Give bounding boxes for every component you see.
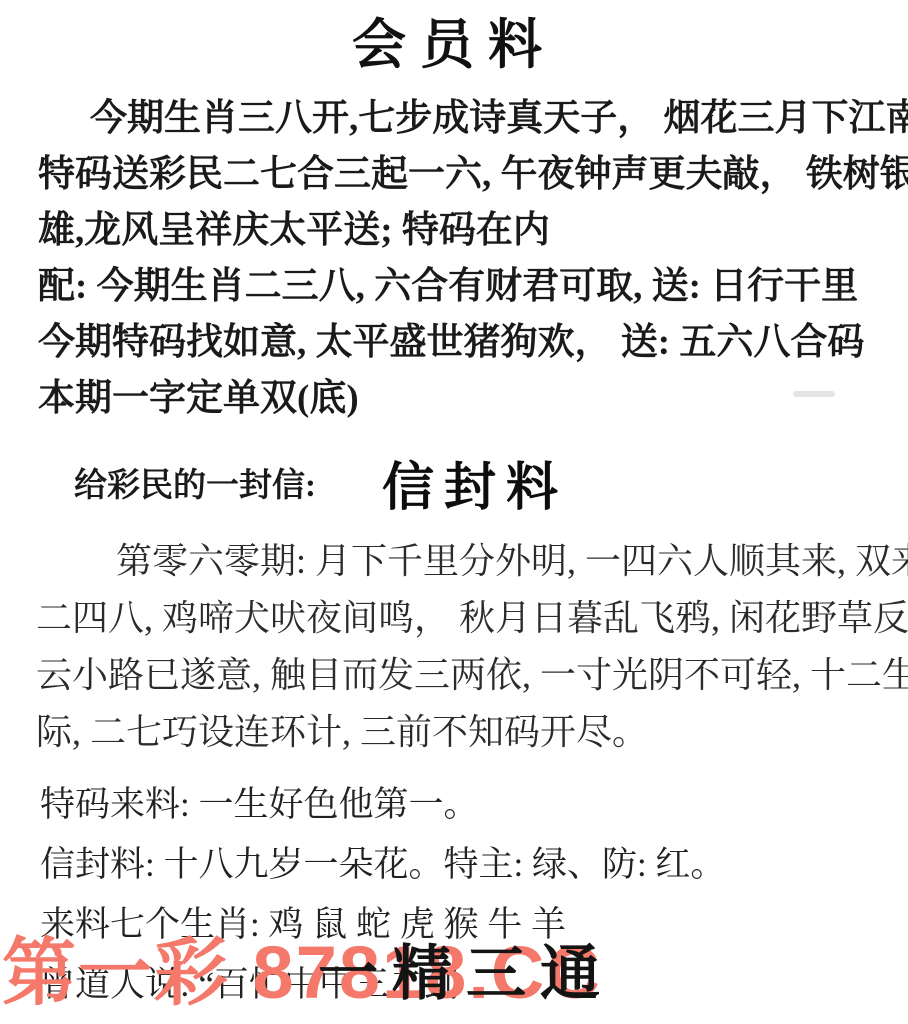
member-line-6: 本期一字定单双(底) xyxy=(38,371,878,427)
letter-line-4: 际, 二七巧设连环计, 三前不知码开尽。 xyxy=(36,704,880,761)
tip-line-special-code: 特码来料: 一生好色他第一。 xyxy=(40,775,880,835)
member-section-body: 今期生肖三八开,七步成诗真天子， 烟花三月下江南,红绿 特码送彩民二七合三起一六… xyxy=(0,91,908,427)
handwritten-overlay-text: 一精三通 xyxy=(318,926,614,1012)
letter-line-3: 云小路已遂意, 触目而发三两依, 一寸光阴不可轻, 十二生肖算实 xyxy=(36,647,880,704)
letter-paragraph: 第零六零期: 月下千里分外明, 一四六人顺其来, 双来还凑 二四八, 鸡啼犬吠夜… xyxy=(0,533,908,761)
footer: 第一彩 87818.CC 一精三通 xyxy=(0,932,908,1024)
scan-smudge-artifact xyxy=(793,391,835,397)
letter-section-title: 信封料 xyxy=(382,445,568,520)
document-page: 会员料 今期生肖三八开,七步成诗真天子， 烟花三月下江南,红绿 特码送彩民二七合… xyxy=(0,0,908,1024)
member-line-3: 雄,龙风呈祥庆太平送; 特码在内 xyxy=(38,203,878,259)
member-line-4: 配: 今期生肖二三八, 六合有财君可取, 送: 日行干里 xyxy=(38,259,878,315)
letter-section-header: 给彩民的一封信: 信封料 xyxy=(0,449,908,515)
letter-line-2: 二四八, 鸡啼犬吠夜间鸣， 秋月日暮乱飞鸦, 闲花野草反为珍, 青 xyxy=(36,590,880,647)
member-line-1: 今期生肖三八开,七步成诗真天子， 烟花三月下江南,红绿 xyxy=(38,91,878,147)
letter-label: 给彩民的一封信: xyxy=(74,459,316,506)
member-line-2: 特码送彩民二七合三起一六, 午夜钟声更夫敲， 铁树银花送英 xyxy=(38,147,878,203)
member-section-title: 会员料 xyxy=(0,0,908,79)
tip-line-envelope: 信封料: 十八九岁一朵花。特主: 绿、防: 红。 xyxy=(40,835,880,895)
member-line-5: 今期特码找如意, 太平盛世猪狗欢， 送: 五六八合码 xyxy=(38,315,878,371)
letter-line-1: 第零六零期: 月下千里分外明, 一四六人顺其来, 双来还凑 xyxy=(36,533,880,590)
